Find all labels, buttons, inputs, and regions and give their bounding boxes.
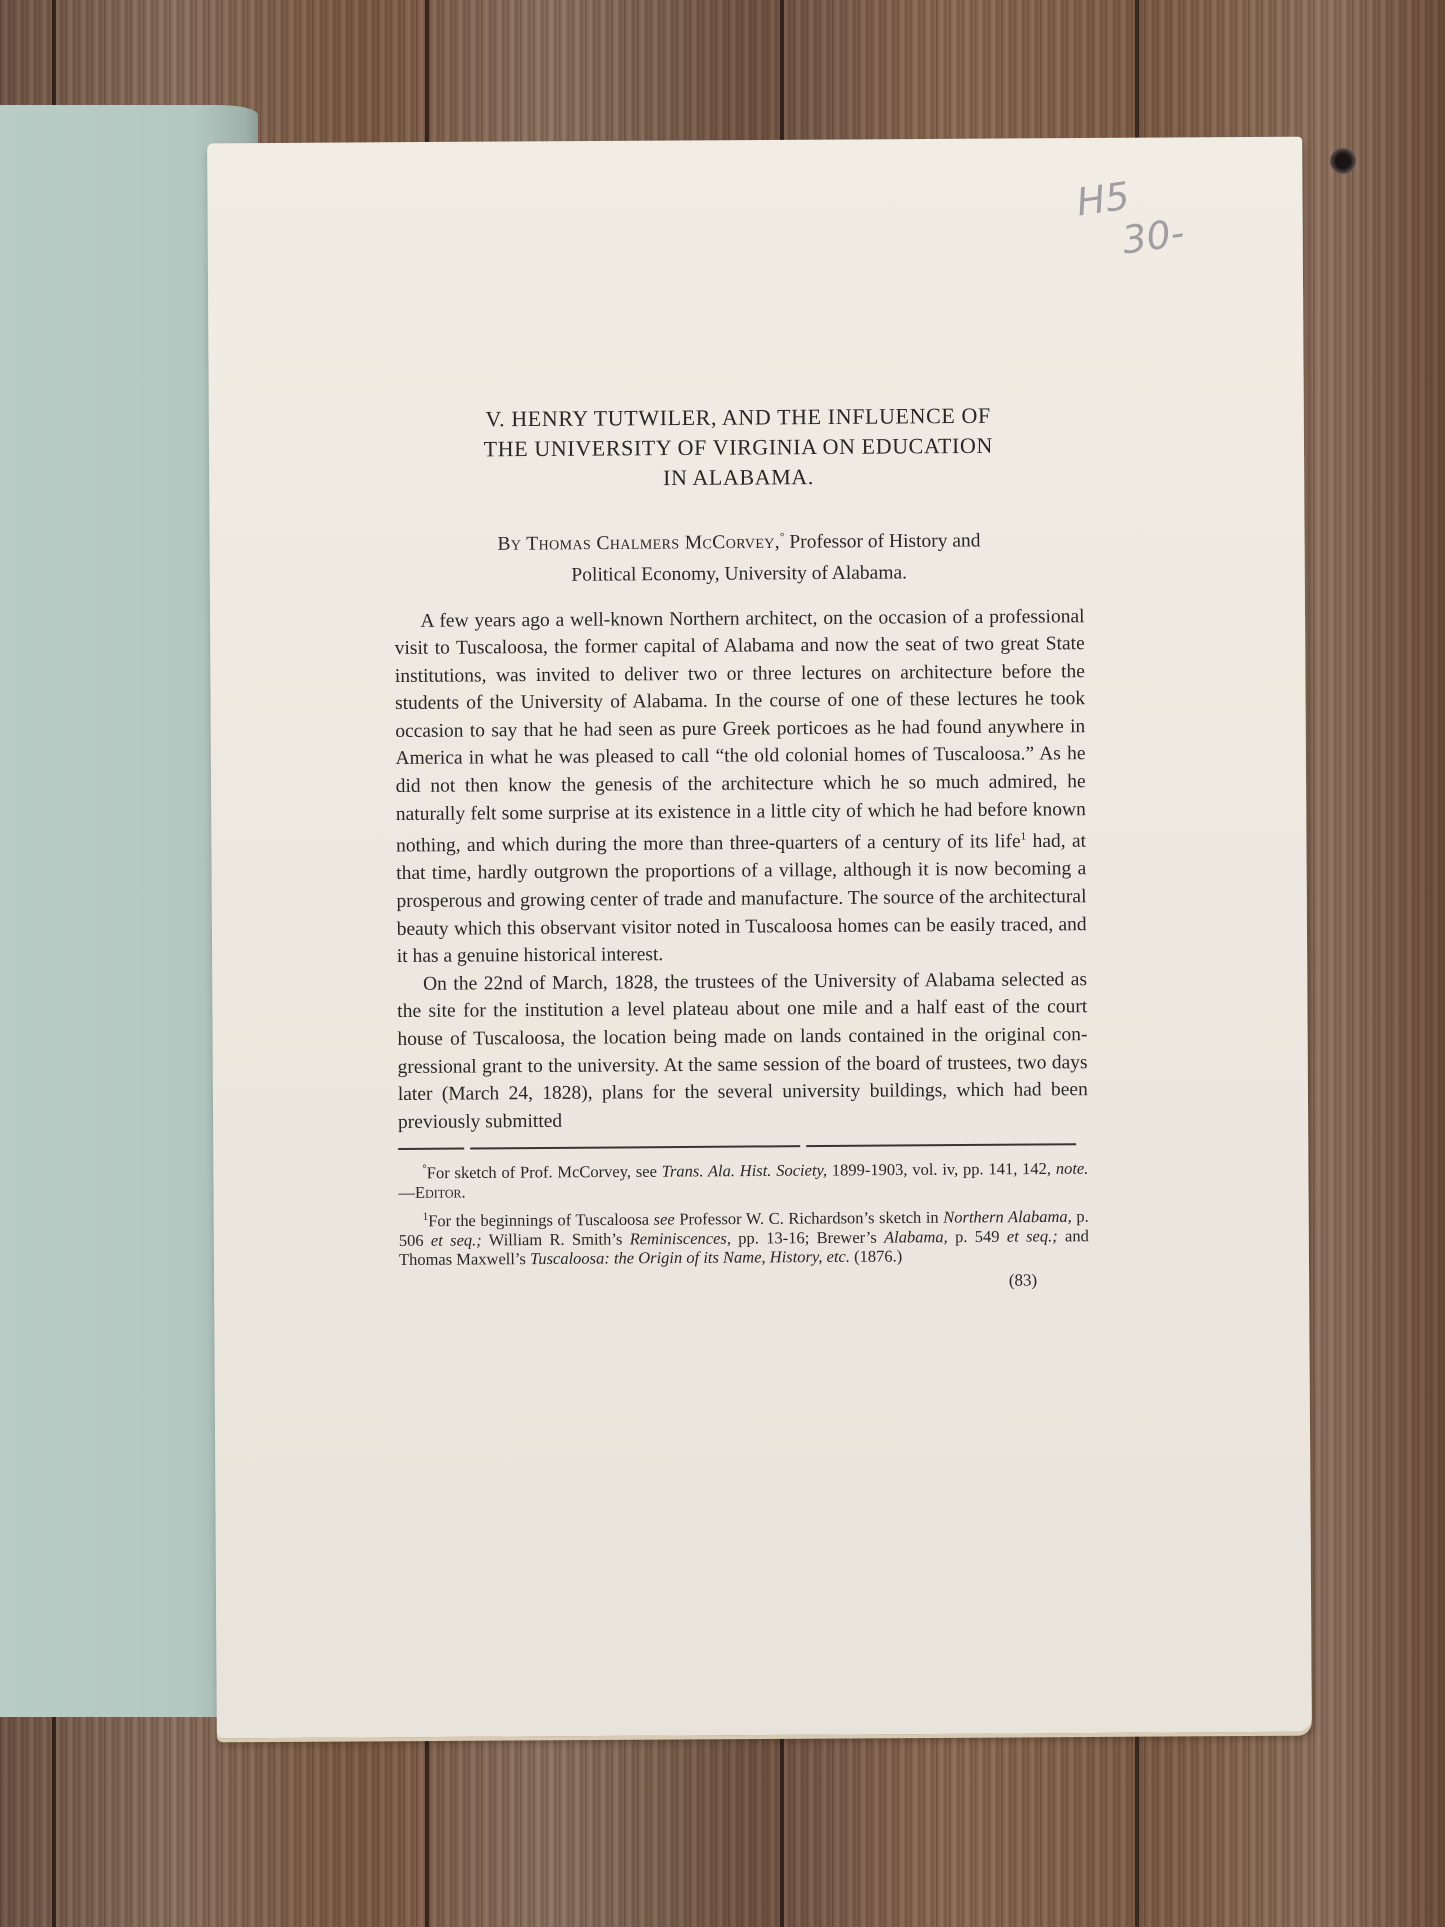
footnote-text: see (654, 1209, 675, 1228)
footnote-text: p. 549 (948, 1227, 1007, 1246)
footnote-text: Tuscaloosa: the Origin of its Name, Hist… (530, 1247, 850, 1268)
author-byline: By Thomas Chalmers McCorvey,° Professor … (394, 520, 1084, 591)
author-name: By Thomas Chalmers McCorvey, (497, 532, 780, 555)
footnote-text: Remi­niscences, (630, 1228, 731, 1248)
footnote-text: et seq.; (1007, 1226, 1058, 1245)
footnote-text: et seq.; (431, 1230, 482, 1249)
footnote-text: 1899-1903, vol. iv, pp. 141, 142, (827, 1159, 1056, 1180)
title-line: IN ALABAMA. (393, 460, 1083, 495)
footnote-text: Trans. Ala. Hist. Society, (662, 1161, 828, 1181)
body-paragraph-2: On the 22nd of March, 1828, the trustees… (397, 966, 1088, 1136)
footnote-text: Editor. (415, 1183, 466, 1202)
footnote-1: 1For the beginnings of Tuscaloosa see Pr… (399, 1203, 1089, 1270)
footnote-text: — (398, 1183, 415, 1202)
footnote-text: Alabama, (884, 1227, 948, 1246)
title-line: THE UNIVERSITY OF VIRGINIA ON EDUCATION (393, 430, 1083, 465)
paragraph-text: A few years ago a well-known Northern ar… (395, 606, 1086, 857)
body-paragraph-1: A few years ago a well-known Northern ar… (394, 603, 1087, 971)
footnote-text: Professor W. C. Richardson’s sketch in (675, 1207, 944, 1228)
footnote-text: note. (1056, 1159, 1089, 1178)
author-affiliation: Political Economy, University of Alabama… (394, 556, 1084, 592)
article-title: V. HENRY TUTWILER, AND THE INFLUENCE OF … (393, 400, 1084, 495)
author-title: Professor of History and (784, 530, 980, 552)
footnote-text: For sketch of Prof. McCorvey, see (427, 1162, 662, 1183)
title-line: V. HENRY TUTWILER, AND THE INFLUENCE OF (393, 400, 1083, 435)
footnote-text: pp. 13-16; Brewer’s (731, 1227, 884, 1247)
wood-knot (1330, 148, 1356, 174)
footnote-text: For the beginnings of Tuscaloosa (428, 1209, 654, 1230)
footnote-text: William R. Smith’s (482, 1229, 630, 1249)
footnote-text: (1876.) (850, 1247, 902, 1266)
page-content: V. HENRY TUTWILER, AND THE INFLUENCE OF … (393, 400, 1089, 1295)
pencil-annotation: H5 30- (1074, 160, 1236, 280)
footnote-text: Northern Alabama, (943, 1207, 1072, 1227)
footnote-0: °For sketch of Prof. McCorvey, see Trans… (398, 1155, 1088, 1202)
footnote-separator (398, 1143, 1088, 1150)
